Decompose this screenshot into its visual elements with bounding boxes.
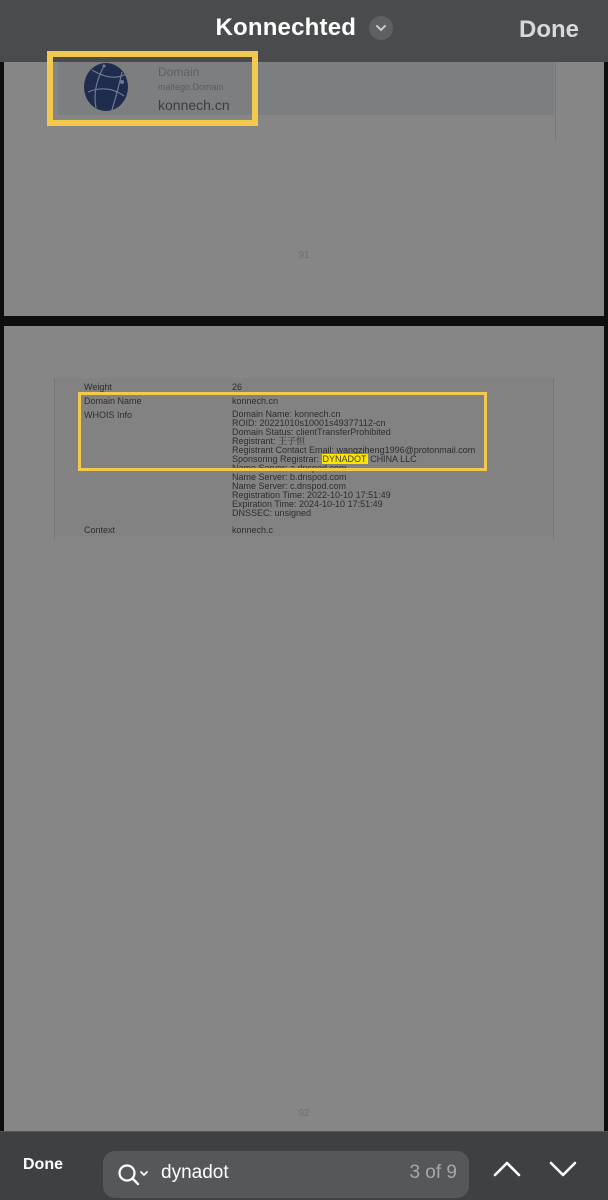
page-rule xyxy=(555,62,556,140)
chevron-down-icon[interactable] xyxy=(548,1160,578,1178)
pdf-page-92: Weight 26 Domain Name konnech.cn WHOIS I… xyxy=(4,326,604,1131)
match-count: 3 of 9 xyxy=(409,1162,457,1184)
find-toolbar: Done dynadot 3 of 9 xyxy=(0,1131,608,1200)
entity-type: Domain xyxy=(158,65,199,79)
chevron-up-icon[interactable] xyxy=(492,1160,522,1178)
row-value: konnech.c xyxy=(232,526,273,535)
row-key: WHOIS Info xyxy=(84,411,224,420)
globe-network-icon xyxy=(82,62,130,112)
entity-card xyxy=(58,62,554,115)
document-title[interactable]: Konnechted xyxy=(215,14,356,42)
find-search-field[interactable]: dynadot 3 of 9 xyxy=(103,1151,469,1198)
done-button[interactable]: Done xyxy=(519,16,579,44)
find-done-button[interactable]: Done xyxy=(23,1156,63,1174)
whois-line: DNSSEC: unsigned xyxy=(232,509,475,518)
row-key: Context xyxy=(84,526,224,535)
page-number: 92 xyxy=(4,1108,604,1119)
row-value: 26 xyxy=(232,383,242,392)
find-query[interactable]: dynadot xyxy=(161,1162,229,1184)
row-value: konnech.cn xyxy=(232,397,278,406)
row-key: Domain Name xyxy=(84,397,224,406)
entity-value: konnech.cn xyxy=(158,97,230,113)
whois-info-text: Domain Name: konnech.cn ROID: 20221010s1… xyxy=(232,410,475,518)
chevron-down-icon[interactable] xyxy=(369,16,393,40)
magnifier-with-chevron-icon[interactable] xyxy=(117,1163,151,1187)
page-number: 91 xyxy=(4,250,604,261)
table-rule xyxy=(54,378,55,540)
registrar-suffix: CHINA LLC xyxy=(368,454,417,464)
navigation-bar: Konnechted Done xyxy=(0,0,608,62)
pdf-page-91: Domain maltego.Domain konnech.cn 91 xyxy=(4,40,604,316)
entity-subtype: maltego.Domain xyxy=(158,82,224,92)
row-key: Weight xyxy=(84,383,224,392)
document-title-menu[interactable]: Konnechted xyxy=(0,14,608,42)
table-rule xyxy=(553,378,554,540)
